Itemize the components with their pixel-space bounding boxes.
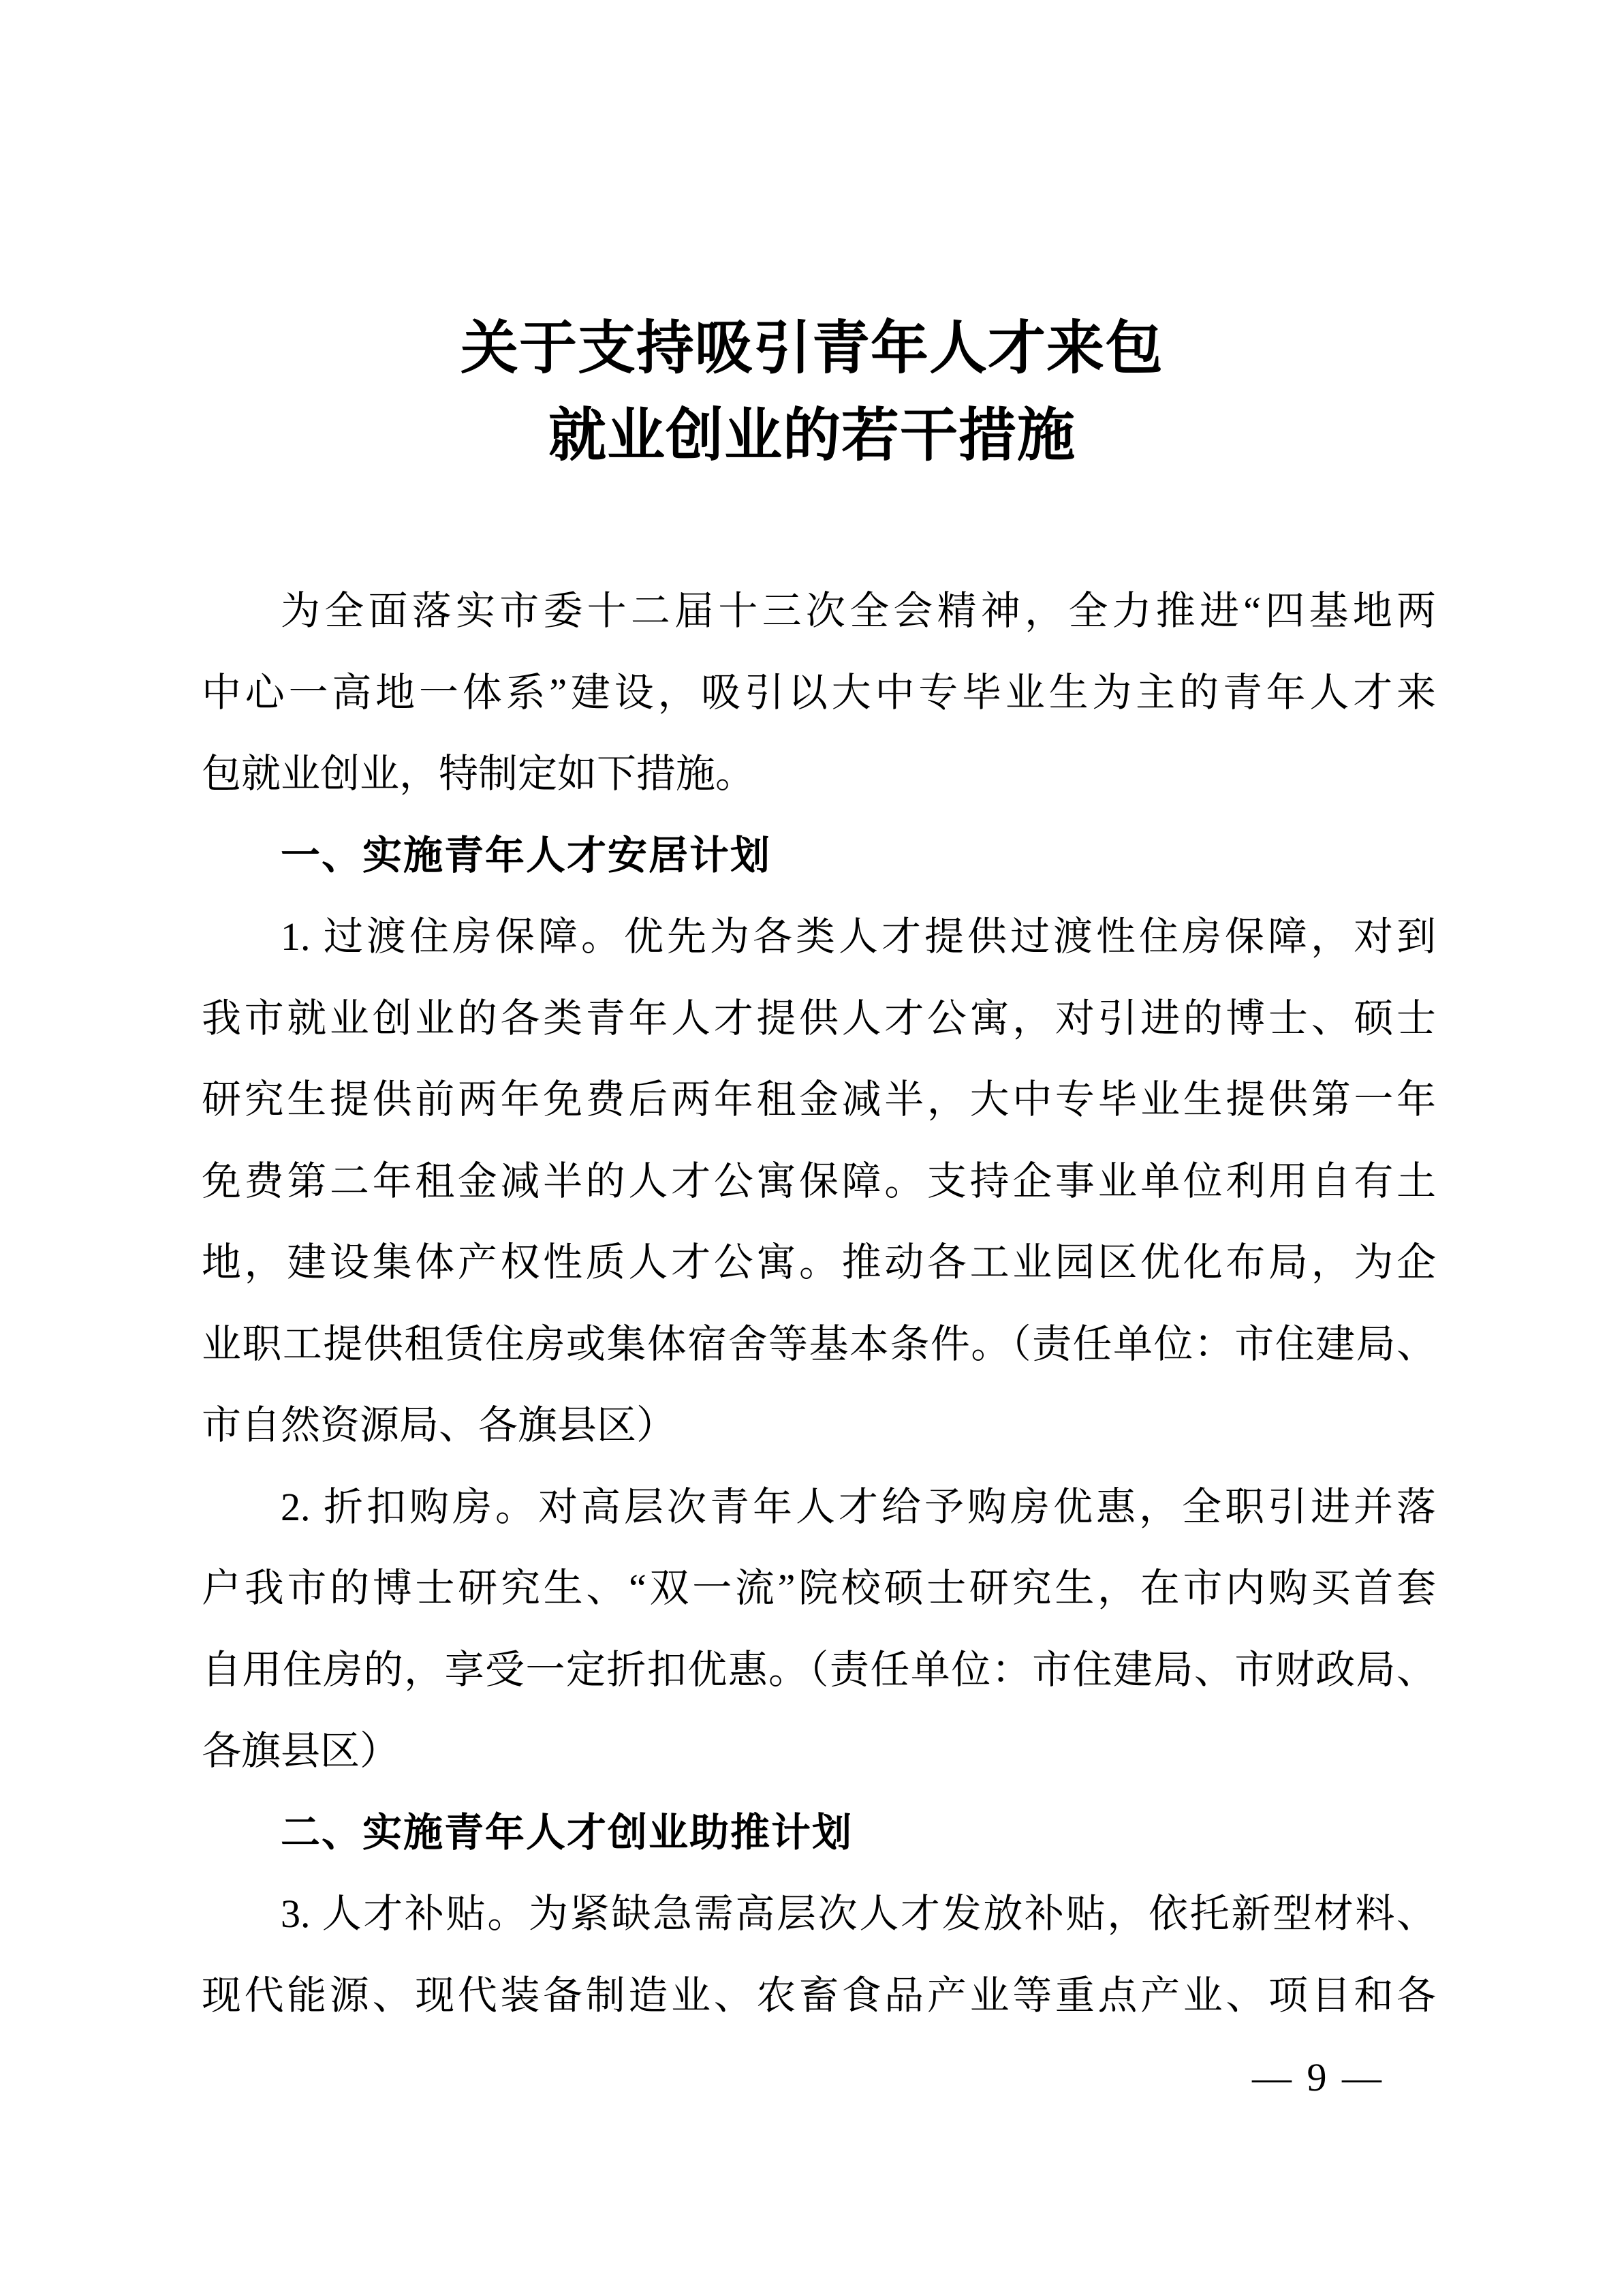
section-heading-housing: 一、实施青年人才安居计划: [202, 815, 1436, 897]
page-number: — 9 —: [1252, 2054, 1384, 2101]
document-title: 关于支持吸引青年人才来包 就业创业的若干措施: [0, 305, 1624, 480]
body-line: 3. 人才补贴。为紧缺急需高层次人才发放补贴，依托新型材料、: [202, 1873, 1436, 1955]
body-line: 业职工提供租赁住房或集体宿舍等基本条件。（责任单位：市住建局、: [202, 1304, 1436, 1385]
body-line: 免费第二年租金减半的人才公寓保障。支持企事业单位利用自有土: [202, 1141, 1436, 1222]
document-body: 为全面落实市委十二届十三次全会精神，全力推进“四基地两 中心一高地一体系”建设，…: [202, 570, 1436, 2036]
body-line: 2. 折扣购房。对高层次青年人才给予购房优惠，全职引进并落: [202, 1466, 1436, 1548]
body-line: 中心一高地一体系”建设，吸引以大中专毕业生为主的青年人才来: [202, 652, 1436, 734]
document-page: 关于支持吸引青年人才来包 就业创业的若干措施 为全面落实市委十二届十三次全会精神…: [0, 0, 1624, 2295]
document-title-line-1: 关于支持吸引青年人才来包: [0, 305, 1624, 392]
body-line: 包就业创业，特制定如下措施。: [202, 733, 1436, 815]
section-heading-entrepreneurship: 二、实施青年人才创业助推计划: [202, 1792, 1436, 1874]
body-line: 研究生提供前两年免费后两年租金减半，大中专毕业生提供第一年: [202, 1059, 1436, 1141]
body-line: 为全面落实市委十二届十三次全会精神，全力推进“四基地两: [202, 570, 1436, 652]
body-line: 1. 过渡住房保障。优先为各类人才提供过渡性住房保障，对到: [202, 896, 1436, 978]
body-line: 市自然资源局、各旗县区）: [202, 1385, 1436, 1466]
body-line: 自用住房的，享受一定折扣优惠。（责任单位：市住建局、市财政局、: [202, 1629, 1436, 1711]
body-line: 户我市的博士研究生、“双一流”院校硕士研究生，在市内购买首套: [202, 1547, 1436, 1629]
body-line: 地，建设集体产权性质人才公寓。推动各工业园区优化布局，为企: [202, 1222, 1436, 1304]
document-title-line-2: 就业创业的若干措施: [0, 392, 1624, 480]
body-line: 现代能源、现代装备制造业、农畜食品产业等重点产业、项目和各: [202, 1955, 1436, 2037]
body-line: 我市就业创业的各类青年人才提供人才公寓，对引进的博士、硕士: [202, 978, 1436, 1060]
body-line: 各旗县区）: [202, 1710, 1436, 1792]
